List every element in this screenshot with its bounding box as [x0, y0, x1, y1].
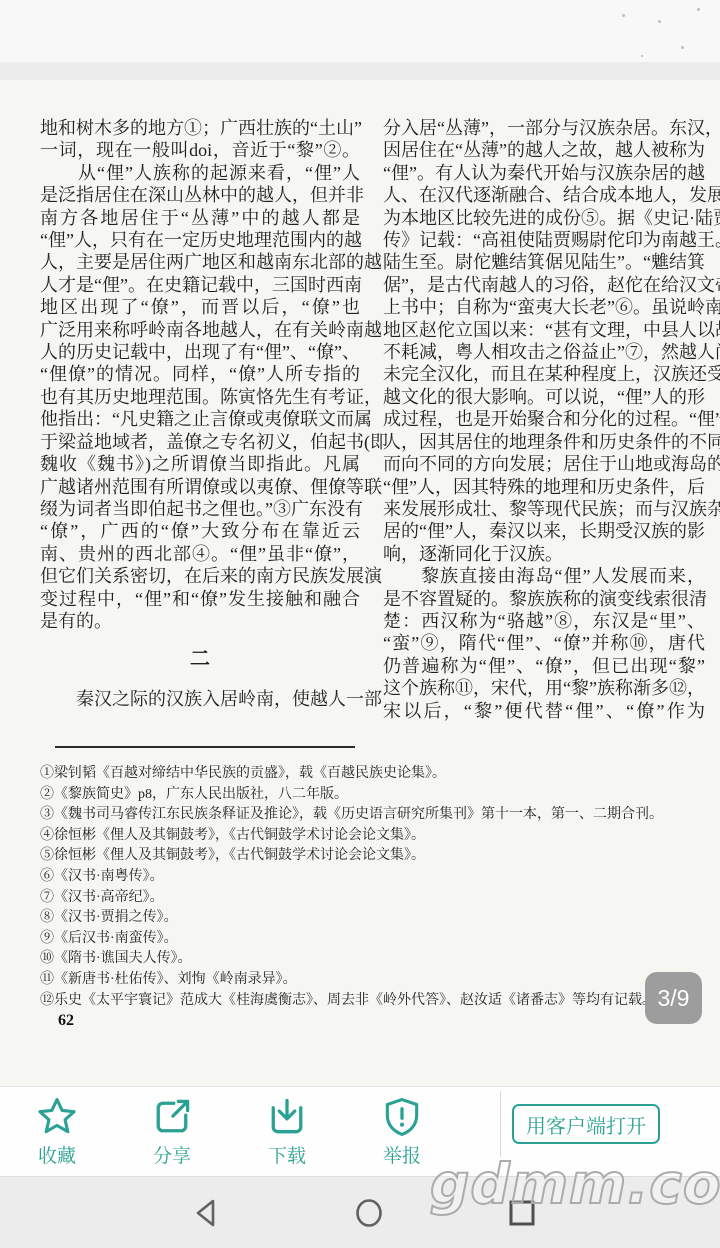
left-text-column: 地和树木多的地方①；广西壮族的“土山”一词，现在一般叫doi，音近于“黎”②。 … [40, 117, 360, 710]
footnote-line: ⑤徐恒彬《俚人及其铜鼓考》，《古代铜鼓学术讨论会论文集》。 [40, 846, 706, 867]
right-column-line: 分入居“丛薄”，一部分与汉族杂居。东汉， [383, 117, 705, 139]
footnotes-block: ①梁钊韬《百越对缔结中华民族的贡盛》，载《百越民族史论集》。②《黎族简史》p8，… [40, 764, 706, 1011]
left-column-line: 南方各地居住于“丛薄”中的越人都是 [40, 207, 360, 229]
android-nav-bar [0, 1176, 720, 1248]
left-column-line: 变过程中，“俚”和“僚”发生接触和融合 [40, 588, 360, 610]
download-icon [264, 1095, 310, 1139]
right-column-line: 而向不同的方向发展；居住于山地或海岛的 [383, 453, 705, 475]
footnote-line: ④徐恒彬《俚人及其铜鼓考》，《古代铜鼓学术讨论会论文集》。 [40, 826, 706, 847]
toolbar-item-label: 收藏 [38, 1141, 76, 1168]
right-column-line: 未完全汉化，而且在某种程度上，汉族还受到 [383, 363, 705, 385]
right-column-line: 上书中；自称为“蛮夷大长老”⑥。虽说岭南 [383, 296, 705, 318]
left-column-line: 缀为词者当即伯起书之俚也。”③广东没有 [40, 498, 360, 520]
right-column-line: 来发展形成壮、黎等现代民族；而与汉族杂 [383, 498, 705, 520]
bottom-toolbar: 收藏分享下载举报 用客户端打开 [0, 1086, 720, 1177]
footnote-line: ⑥《汉书·南粤传》。 [40, 867, 706, 888]
left-column-line: 他指出：“凡史籍之止言僚或夷僚联文而属 [40, 408, 360, 430]
left-column-line: 人的历史记载中，出现了有“俚”、“僚”、 [40, 341, 360, 363]
left-column-line: 是有的。 [40, 610, 360, 632]
right-column-line: 越文化的很大影响。可以说，“俚”人的形 [383, 386, 705, 408]
footnote-separator [55, 746, 355, 748]
recents-icon[interactable] [503, 1194, 541, 1232]
toolbar-item-report[interactable]: 举报 [357, 1095, 447, 1168]
left-column-line: “俚”人，只有在一定历史地理范围内的越 [40, 229, 360, 251]
left-column-line: 地区出现了“僚”，而晋以后，“僚”也 [40, 296, 360, 318]
left-column-line: 广越诸州范围有所谓僚或以夷僚、俚僚等联 [40, 476, 360, 498]
left-column-line: 秦汉之际的汉族入居岭南，使越人一部 [40, 688, 360, 710]
footnote-line: ⑪《新唐书·杜佑传》、刘恂《岭南录异》。 [40, 970, 706, 991]
right-column-line: 陆生至。尉佗魋结箕倨见陆生”。“魋结箕 [383, 251, 705, 273]
toolbar-divider [500, 1091, 501, 1157]
right-column-line: 倨”，是古代南越人的习俗，赵佗在给汉文帝 [383, 274, 705, 296]
right-column-line: 人、在汉代逐渐融合、结合成本地人，发展成 [383, 184, 705, 206]
right-column-line: 成过程，也是开始聚合和分化的过程。“俚” [383, 408, 705, 430]
left-column-line: 是泛指居住在深山丛林中的越人，但并非 [40, 184, 360, 206]
home-icon[interactable] [350, 1194, 388, 1232]
scan-noise [681, 46, 684, 49]
left-column-line: 人才是“俚”。在史籍记载中，三国时西南 [40, 274, 360, 296]
right-text-column: 分入居“丛薄”，一部分与汉族杂居。东汉，因居住在“丛薄”的越人之故，越人被称为“… [383, 117, 705, 722]
left-column-line: 于梁益地域者，盖僚之专名初义，伯起书(即 [40, 431, 360, 453]
left-column-line: 也有其历史地理范围。陈寅恪先生有考证， [40, 386, 360, 408]
scan-noise [641, 55, 643, 57]
section-heading: 二 [40, 648, 360, 670]
left-column-line: 从“俚”人族称的起源来看，“俚”人 [40, 162, 360, 184]
report-icon [379, 1095, 425, 1139]
footnote-line: ⑧《汉书·贾捐之传》。 [40, 908, 706, 929]
right-column-line: “俚”。有人认为秦代开始与汉族杂居的越 [383, 162, 705, 184]
back-icon[interactable] [188, 1194, 226, 1232]
left-column-line: 一词，现在一般叫doi，音近于“黎”②。 [40, 139, 360, 161]
right-column-line: 宋以后，“黎”便代替“俚”、“僚”作为 [383, 700, 705, 722]
footnote-line: ⑫乐史《太平宇寰记》范成大《桂海虞衡志》、周去非《岭外代答》、赵汝适《诸番志》等… [40, 991, 706, 1012]
right-column-line: 黎族直接由海岛“俚”人发展而来， [383, 565, 705, 587]
page-number: 62 [58, 1012, 74, 1030]
right-column-line: 是不容置疑的。黎族族称的演变线索很清 [383, 588, 705, 610]
right-column-line: 地区赵佗立国以来：“甚有文理，中县人以故 [383, 319, 705, 341]
left-column-line: 人，主要是居住两广地区和越南东北部的越 [40, 251, 360, 273]
right-column-line: 楚：西汉称为“骆越”⑧，东汉是“里”、 [383, 610, 705, 632]
right-column-line: “俚”人，因其特殊的地理和历史条件，后 [383, 476, 705, 498]
right-column-line: 仍普遍称为“俚”、“僚”，但已出现“黎” [383, 655, 705, 677]
toolbar-item-label: 举报 [383, 1141, 421, 1168]
right-column-line: 不耗减，粤人相攻击之俗益止”⑦，然越人尚 [383, 341, 705, 363]
toolbar-item-share[interactable]: 分享 [127, 1095, 217, 1168]
scan-noise [622, 14, 625, 17]
toolbar-item-star[interactable]: 收藏 [12, 1095, 102, 1168]
page-indicator-badge: 3/9 [645, 972, 702, 1024]
left-column-line: 广泛用来称呼岭南各地越人，在有关岭南越 [40, 319, 360, 341]
right-column-line: 传》记载：“高祖使陆贾赐尉佗印为南越王。 [383, 229, 705, 251]
document-page[interactable]: 地和树木多的地方①；广西壮族的“土山”一词，现在一般叫doi，音近于“黎”②。 … [0, 80, 720, 1084]
right-column-line: 居的“俚”人，秦汉以来，长期受汉族的影 [383, 520, 705, 542]
status-bar [0, 0, 720, 62]
footnote-line: ②《黎族简史》p8，广东人民出版社，八二年版。 [40, 785, 706, 806]
right-column-line: 因居住在“丛薄”的越人之故，越人被称为 [383, 139, 705, 161]
right-column-line: 这个族称⑪，宋代，用“黎”族称渐多⑫， [383, 677, 705, 699]
left-column-line: 南、贵州的西北部④。“俚”虽非“僚”， [40, 543, 360, 565]
right-column-line: “蛮”⑨，隋代“俚”、“僚”并称⑩，唐代 [383, 632, 705, 654]
top-gray-band [0, 62, 720, 80]
footnote-line: ⑨《后汉书·南蛮传》。 [40, 929, 706, 950]
right-column-line: 人，因其居住的地理条件和历史条件的不同， [383, 431, 705, 453]
left-column-line: “僚”，广西的“僚”大致分布在靠近云 [40, 520, 360, 542]
toolbar-item-label: 下载 [268, 1141, 306, 1168]
left-column-line: 地和树木多的地方①；广西壮族的“土山” [40, 117, 360, 139]
left-column-line: 魏收《魏书》)之所谓僚当即指此。凡属 [40, 453, 360, 475]
scan-noise [658, 20, 661, 23]
right-column-line: 响，逐渐同化于汉族。 [383, 543, 705, 565]
footnote-line: ⑩《隋书·谯国夫人传》。 [40, 949, 706, 970]
share-icon [149, 1095, 195, 1139]
left-column-line: “俚僚”的情况。同样，“僚”人所专指的 [40, 363, 360, 385]
left-column-line: 但它们关系密切，在后来的南方民族发展演 [40, 565, 360, 587]
right-column-line: 为本地区比较先进的成份⑤。据《史记·陆贾 [383, 207, 705, 229]
footnote-line: ①梁钊韬《百越对缔结中华民族的贡盛》，载《百越民族史论集》。 [40, 764, 706, 785]
star-icon [34, 1095, 80, 1139]
footnote-line: ⑦《汉书·高帝纪》。 [40, 888, 706, 909]
open-in-client-button[interactable]: 用客户端打开 [512, 1104, 660, 1144]
footnote-line: ③《魏书司马睿传江东民族条释证及推论》，载《历史语言研究所集刊》第十一本，第一、… [40, 805, 706, 826]
toolbar-item-download[interactable]: 下载 [242, 1095, 332, 1168]
scan-noise [697, 8, 700, 11]
toolbar-item-label: 分享 [153, 1141, 191, 1168]
